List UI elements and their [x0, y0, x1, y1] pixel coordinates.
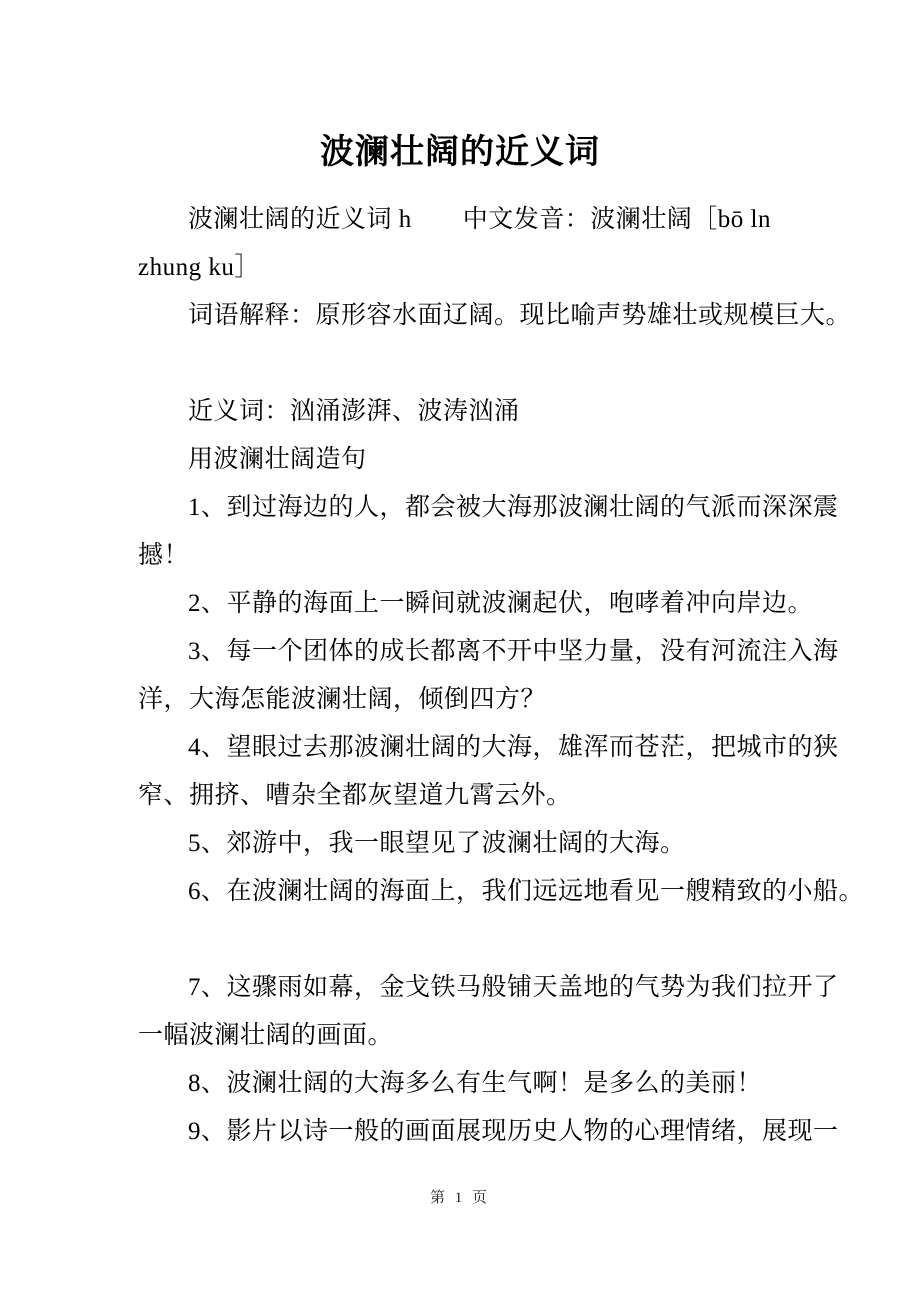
- blank-line: [138, 340, 860, 388]
- text-line: zhung ku］: [138, 244, 860, 292]
- text-line: 1、到过海边的人，都会被大海那波澜壮阔的气派而深深震: [138, 484, 860, 532]
- text-line: 3、每一个团体的成长都离不开中坚力量，没有河流注入海: [138, 628, 860, 676]
- text-line: 一幅波澜壮阔的画面。: [138, 1012, 860, 1060]
- text-line: 6、在波澜壮阔的海面上，我们远远地看见一艘精致的小船。: [138, 868, 860, 916]
- text-line: 词语解释：原形容水面辽阔。现比喻声势雄壮或规模巨大。: [138, 292, 860, 340]
- document-body: 波澜壮阔的近义词 h 中文发音：波澜壮阔［bō ln zhung ku］ 词语解…: [0, 196, 920, 1156]
- document-title: 波澜壮阔的近义词: [0, 132, 920, 172]
- text-line: 7、这骤雨如幕，金戈铁马般铺天盖地的气势为我们拉开了: [138, 964, 860, 1012]
- text-line: 5、郊游中，我一眼望见了波澜壮阔的大海。: [138, 820, 860, 868]
- text-line: 洋，大海怎能波澜壮阔，倾倒四方？: [138, 676, 860, 724]
- text-line: 撼！: [138, 532, 860, 580]
- text-line: 近义词：汹涌澎湃、波涛汹涌: [138, 388, 860, 436]
- text-line: 8、波澜壮阔的大海多么有生气啊！是多么的美丽！: [138, 1060, 860, 1108]
- page-number: 第 1 页: [0, 1186, 920, 1207]
- text-line: 窄、拥挤、嘈杂全都灰望道九霄云外。: [138, 772, 860, 820]
- text-line: 9、影片以诗一般的画面展现历史人物的心理情绪，展现一: [138, 1108, 860, 1156]
- document-page: 波澜壮阔的近义词 波澜壮阔的近义词 h 中文发音：波澜壮阔［bō ln zhun…: [0, 0, 920, 1302]
- text-line: 4、望眼过去那波澜壮阔的大海，雄浑而苍茫，把城市的狭: [138, 724, 860, 772]
- blank-line: [138, 916, 860, 964]
- text-line: 波澜壮阔的近义词 h 中文发音：波澜壮阔［bō ln: [138, 196, 860, 244]
- text-line: 2、平静的海面上一瞬间就波澜起伏，咆哮着冲向岸边。: [138, 580, 860, 628]
- text-line: 用波澜壮阔造句: [138, 436, 860, 484]
